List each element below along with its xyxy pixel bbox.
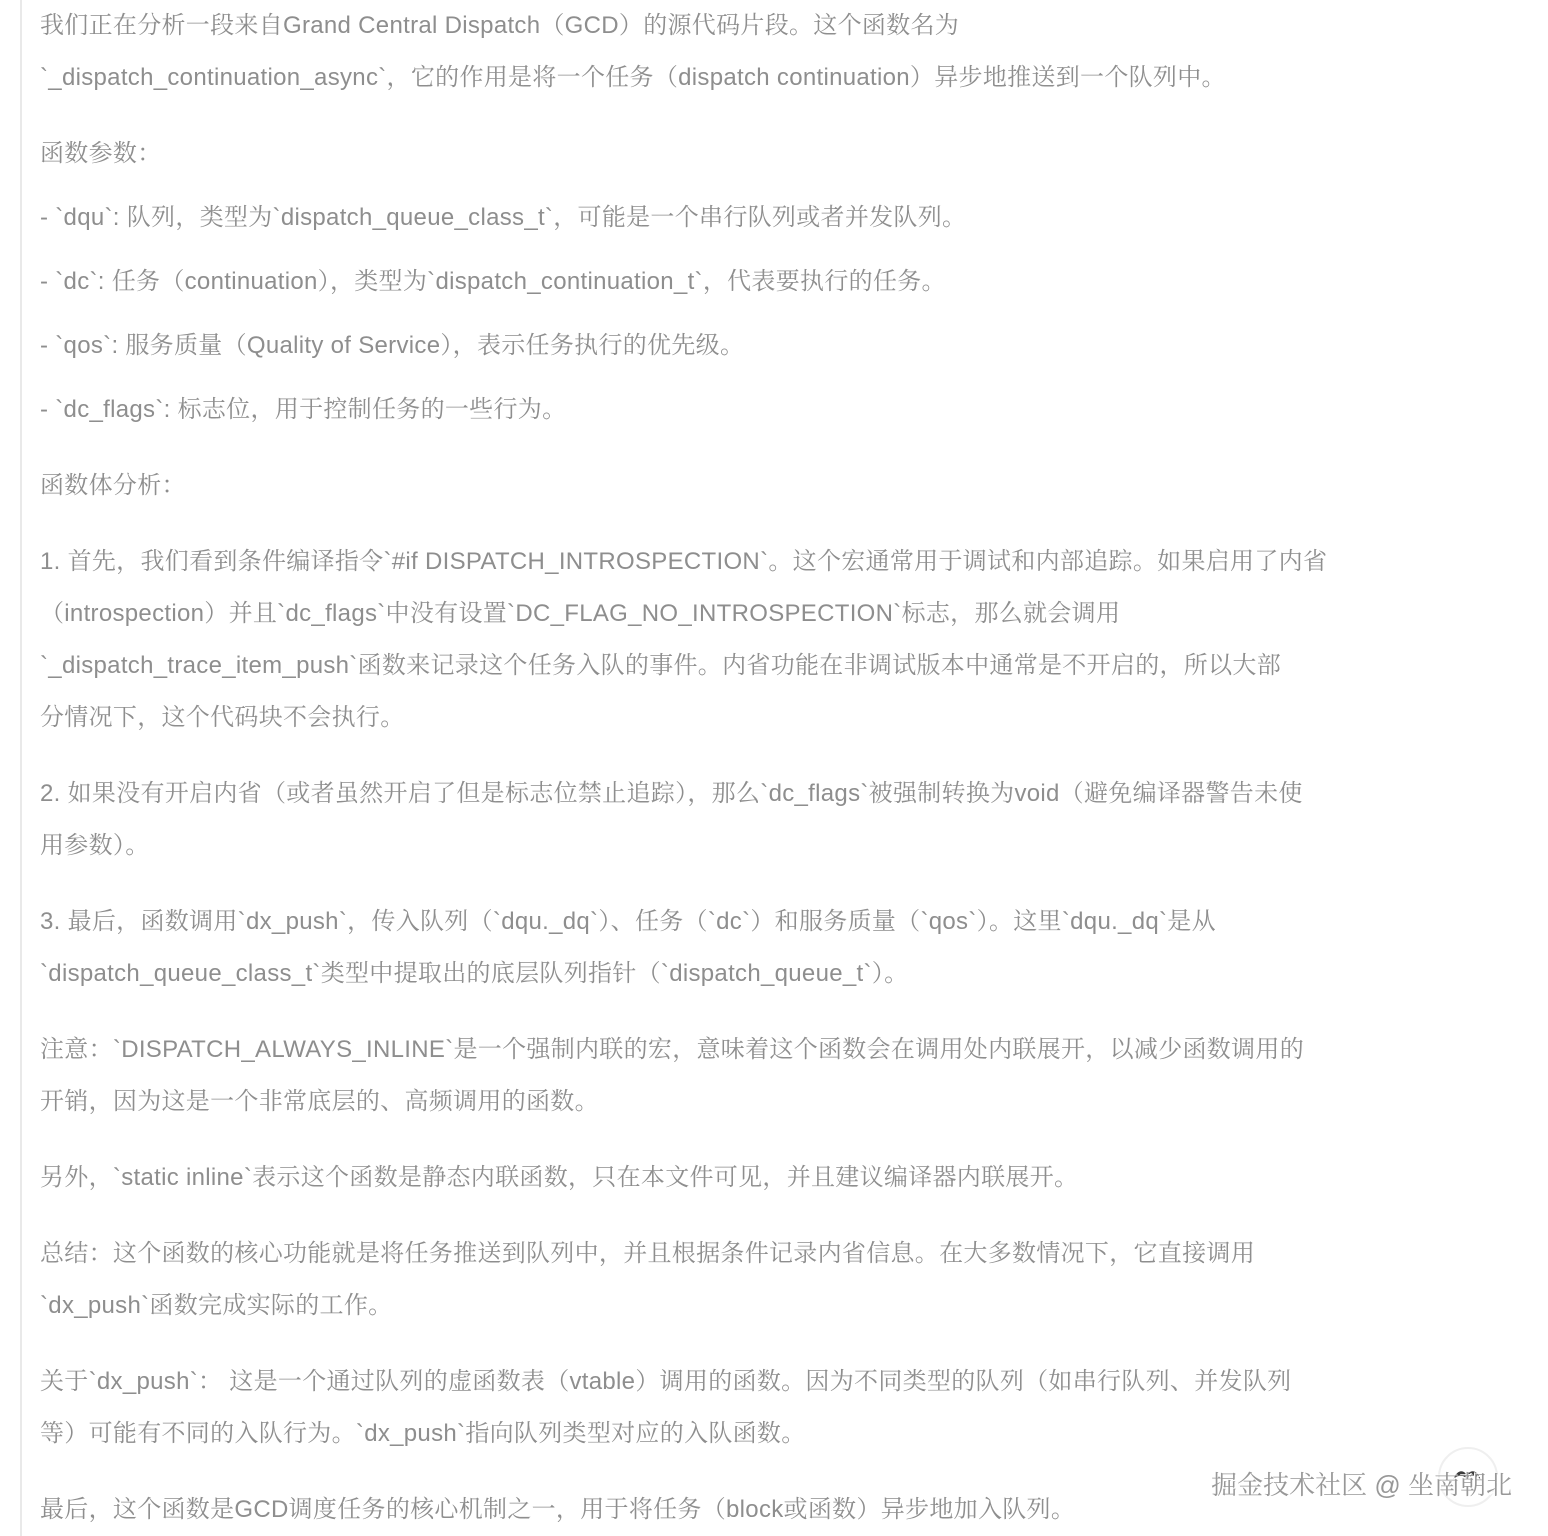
param-item-dc-flags: - `dc_flags`: 标志位，用于控制任务的一些行为。 — [40, 384, 1522, 436]
watermark-text: 掘金技术社区 @ 坐南朝北 — [1211, 1470, 1512, 1500]
param-item-qos: - `qos`: 服务质量（Quality of Service），表示任务执行… — [40, 320, 1522, 372]
article-page: 我们正在分析一段来自Grand Central Dispatch（GCD）的源代… — [0, 0, 1548, 1536]
param-item-dqu: - `dqu`: 队列，类型为`dispatch_queue_class_t`，… — [40, 192, 1522, 244]
note-always-inline: 注意：`DISPATCH_ALWAYS_INLINE`是一个强制内联的宏，意味着… — [40, 1024, 1522, 1128]
about-dx-push-paragraph: 关于`dx_push`： 这是一个通过队列的虚函数表（vtable）调用的函数。… — [40, 1356, 1522, 1460]
analysis-step-2: 2. 如果没有开启内省（或者虽然开启了但是标志位禁止追踪），那么`dc_flag… — [40, 768, 1522, 872]
paragraph-intro: 我们正在分析一段来自Grand Central Dispatch（GCD）的源代… — [40, 0, 1522, 104]
summary-paragraph: 总结：这个函数的核心功能就是将任务推送到队列中，并且根据条件记录内省信息。在大多… — [40, 1228, 1522, 1332]
article-content: 我们正在分析一段来自Grand Central Dispatch（GCD）的源代… — [0, 0, 1548, 1536]
body-analysis-heading: 函数体分析： — [40, 460, 1522, 512]
analysis-step-3: 3. 最后，函数调用`dx_push`，传入队列（`dqu._dq`）、任务（`… — [40, 896, 1522, 1000]
analysis-step-1: 1. 首先，我们看到条件编译指令`#if DISPATCH_INTROSPECT… — [40, 536, 1522, 744]
note-static-inline: 另外，`static inline`表示这个函数是静态内联函数，只在本文件可见，… — [40, 1152, 1522, 1204]
param-item-dc: - `dc`: 任务（continuation），类型为`dispatch_co… — [40, 256, 1522, 308]
params-heading: 函数参数： — [40, 128, 1522, 180]
